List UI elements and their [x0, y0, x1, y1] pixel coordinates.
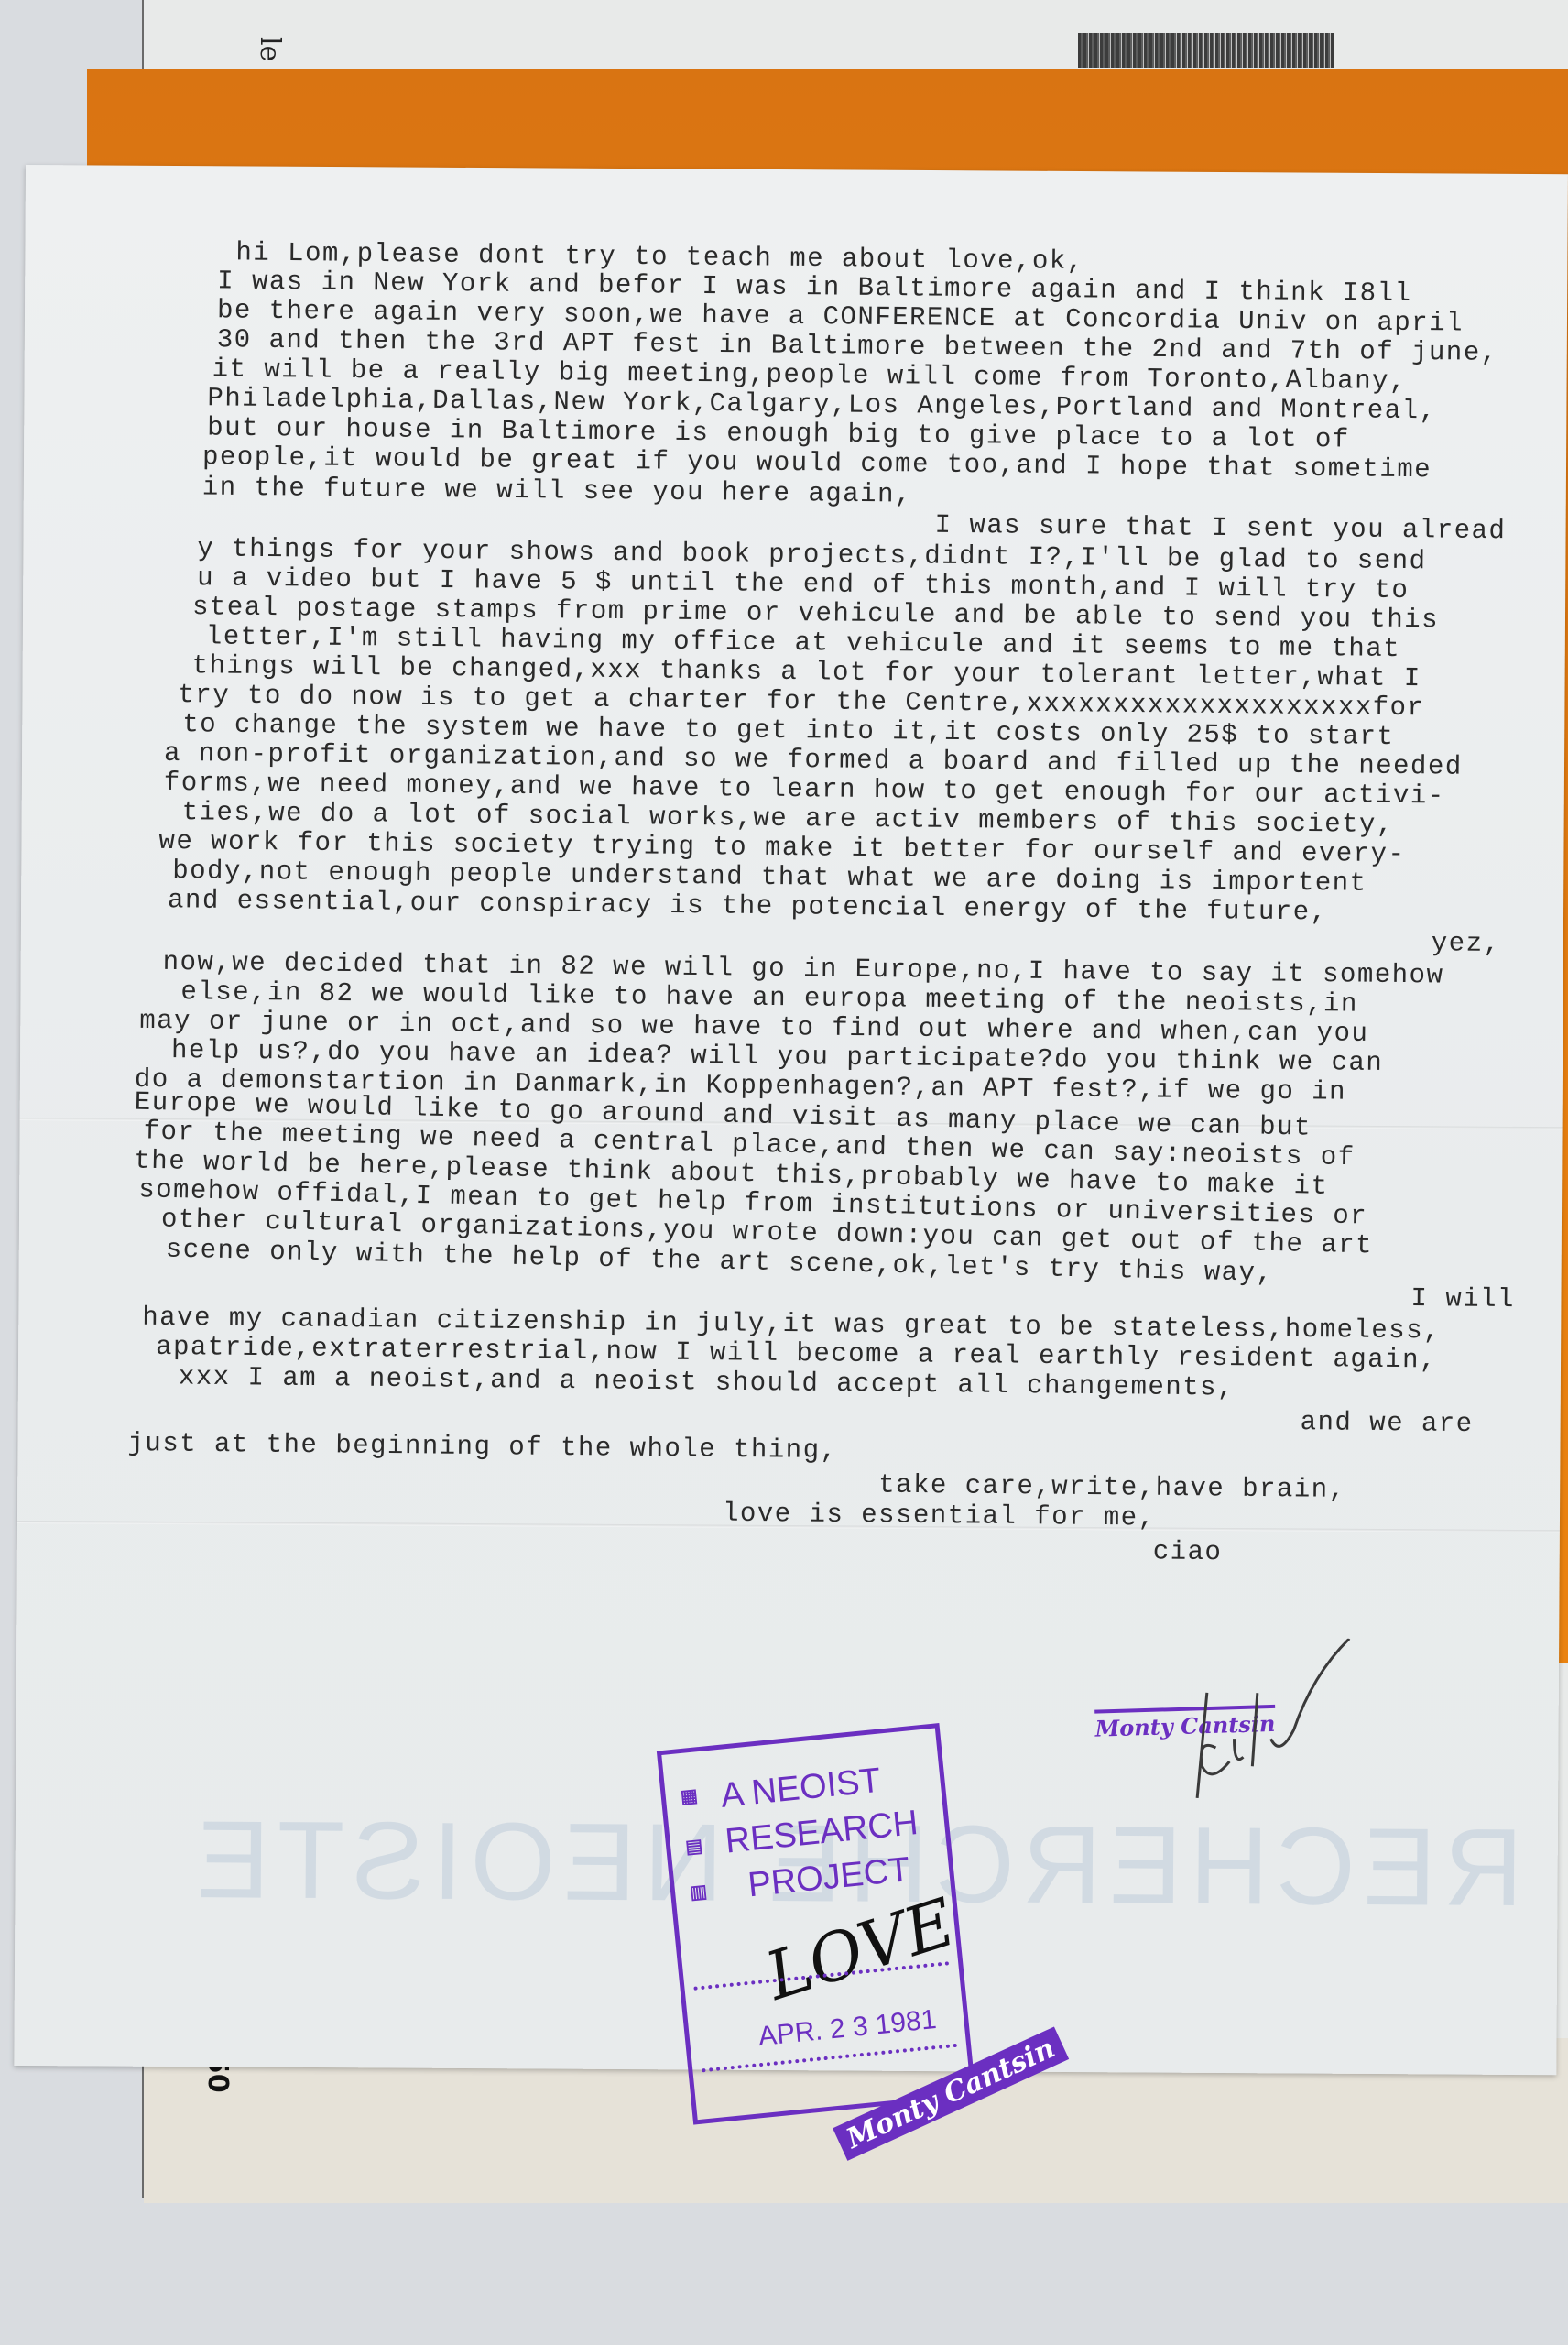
handwritten-signature [1179, 1638, 1418, 1823]
black-bar-mark [1078, 33, 1334, 68]
stamp-mark: ▥ [689, 1880, 708, 1904]
edge-text-left: le [254, 37, 286, 61]
letter-line: take care,write,have brain, [878, 1470, 1346, 1505]
letter-line: and we are [1300, 1407, 1473, 1439]
stamp-dotted-line [702, 2044, 957, 2073]
neoist-research-stamp: ▦ ▤ ▥ A NEOIST RESEARCH PROJECT LOVE APR… [657, 1723, 976, 2125]
letter-line: just at the beginning of the whole thing… [127, 1428, 837, 1466]
letter-line: love is essential for me, [723, 1499, 1156, 1533]
stamp-mark: ▤ [684, 1834, 703, 1859]
stamp-line-1: A NEOIST [719, 1761, 883, 1816]
letter-body: hi Lom,please dont try to teach me about… [136, 239, 1564, 248]
stamp-handwritten-love: LOVE [757, 1883, 964, 2015]
typed-letter: CENTRE DE RECHERCHE NEOISTE hi Lom,pleas… [14, 165, 1568, 2075]
letter-line: yez, [1432, 928, 1501, 959]
letter-line: I was sure that I sent you alread [934, 510, 1506, 547]
letter-line: ciao [1153, 1536, 1223, 1567]
stamp-mark: ▦ [680, 1783, 699, 1808]
letter-line: in the future we will see you here again… [202, 472, 912, 509]
stamp-line-3: PROJECT [746, 1850, 912, 1905]
letter-line: I will [1410, 1283, 1515, 1314]
